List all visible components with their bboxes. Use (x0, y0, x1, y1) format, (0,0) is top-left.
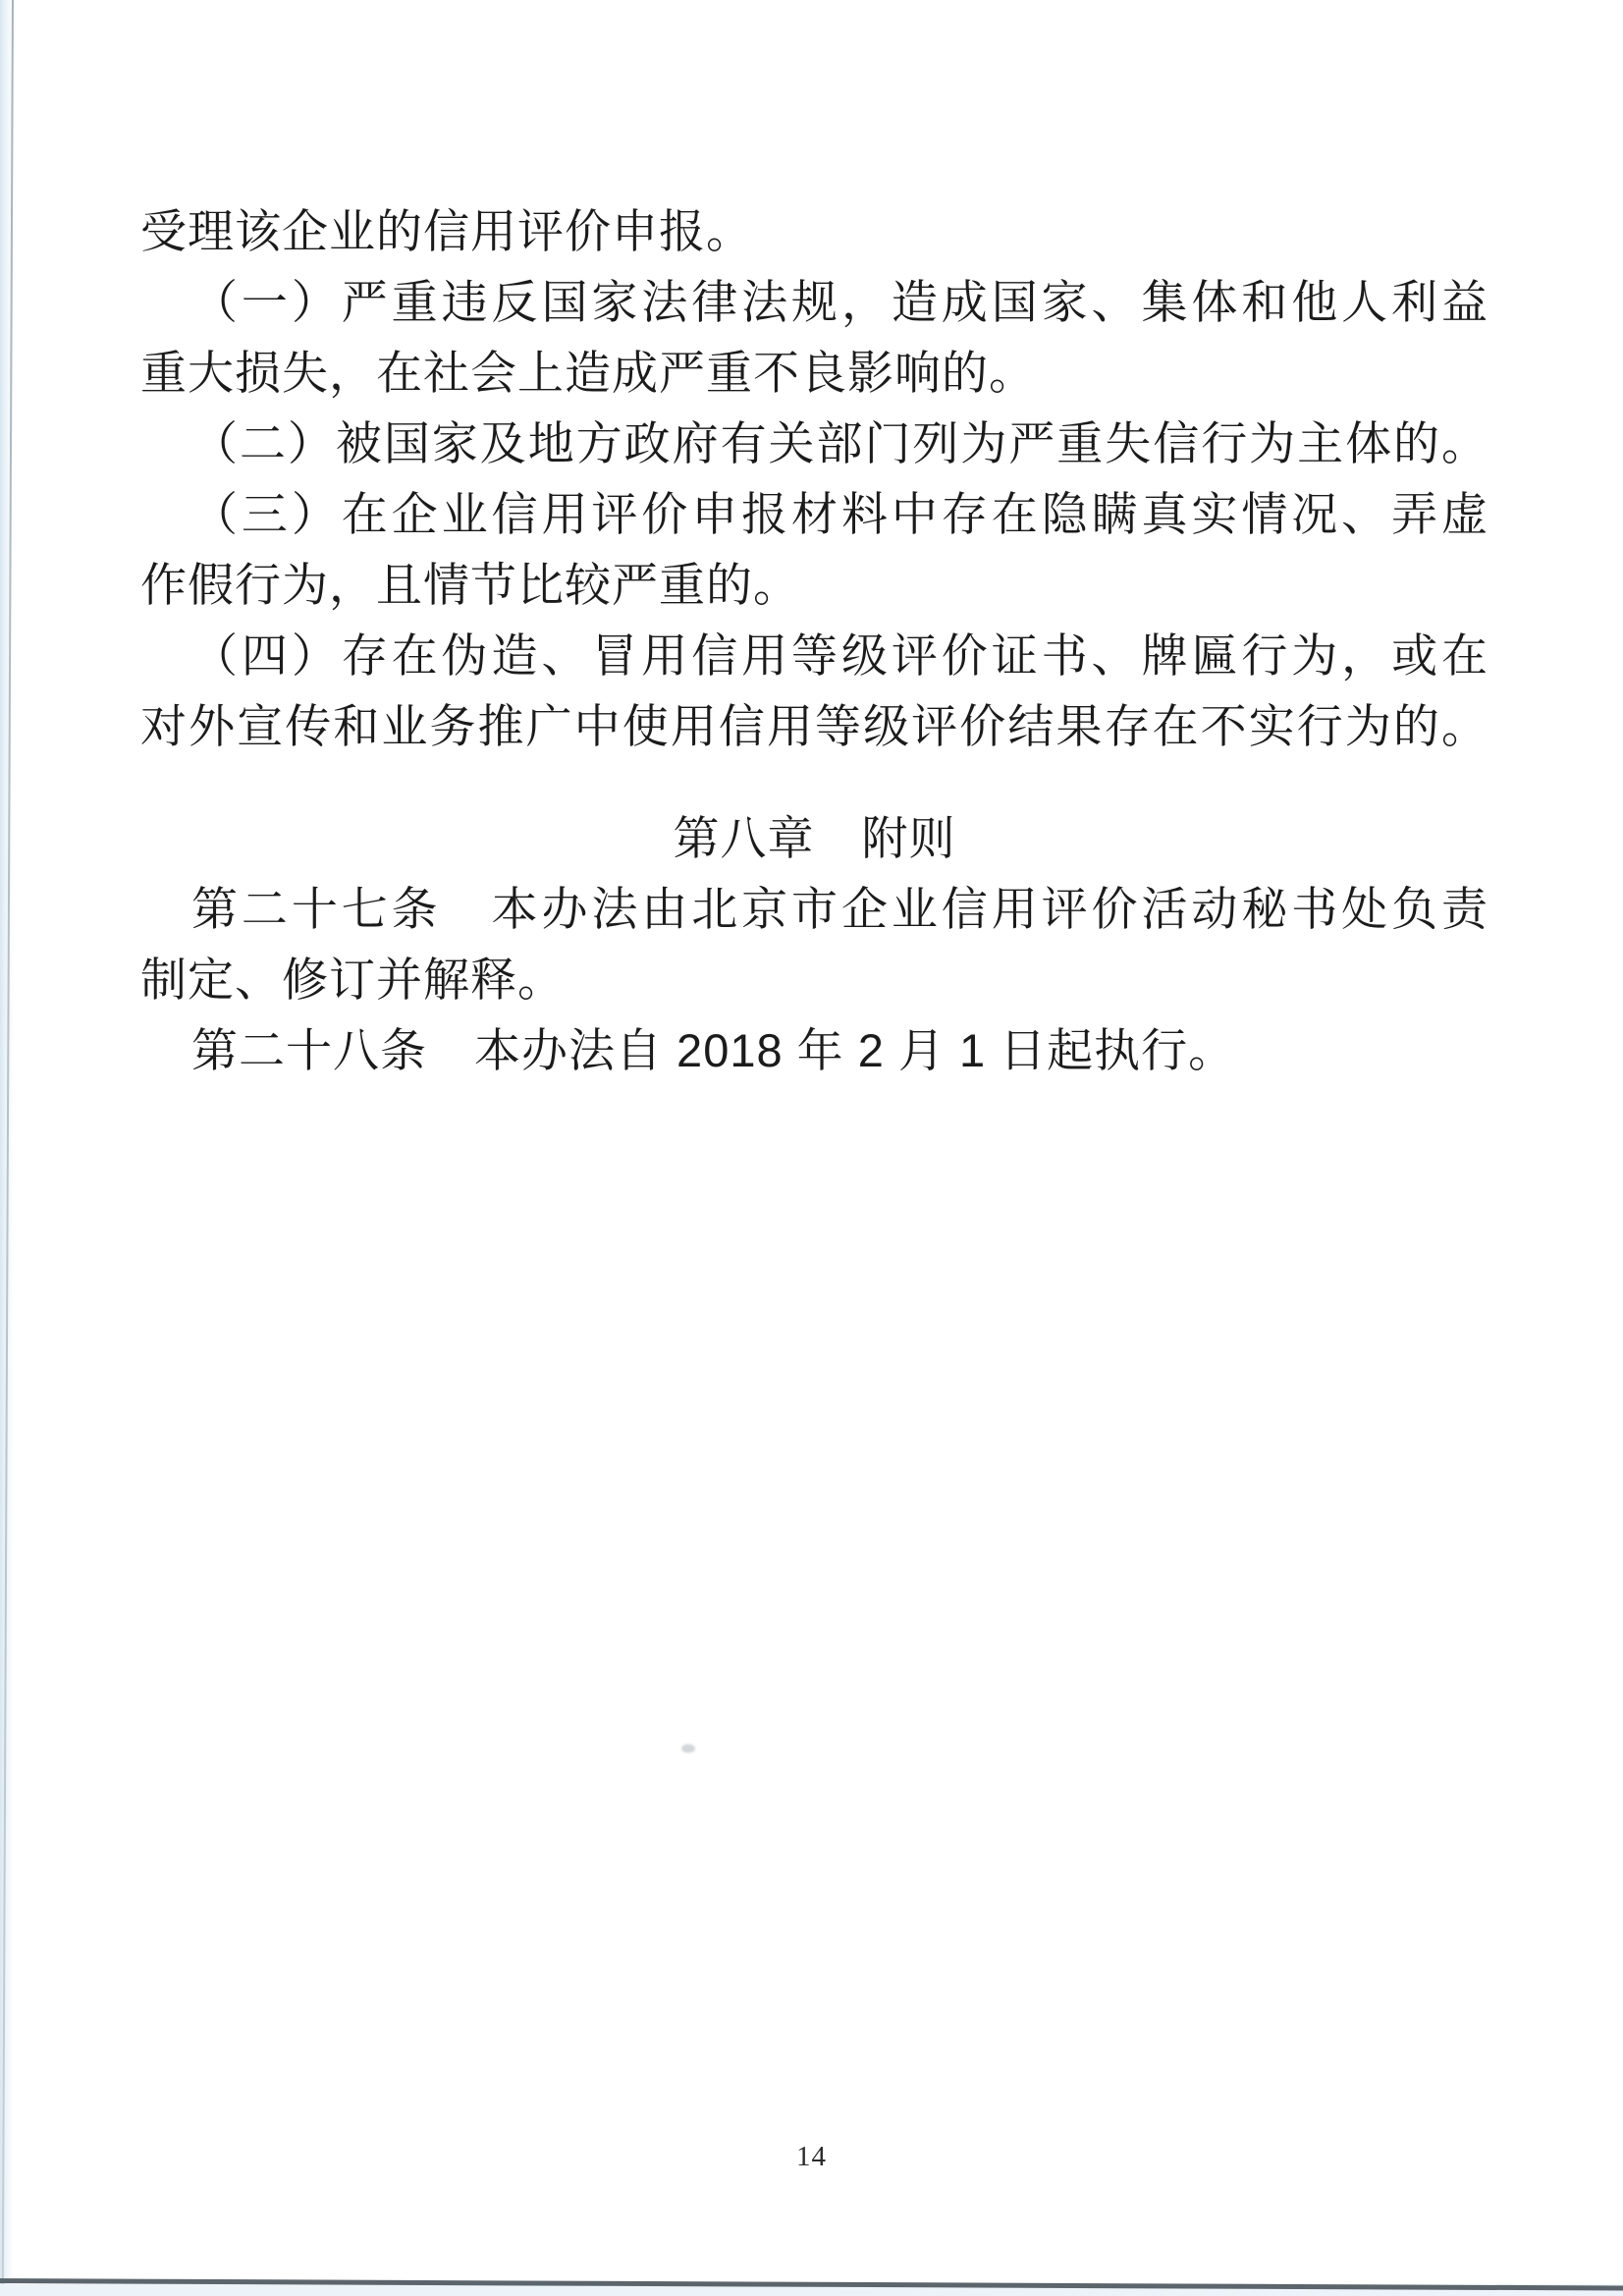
document-body: 受理该企业的信用评价申报。 （一）严重违反国家法律法规，造成国家、集体和他人利益… (140, 196, 1488, 1086)
text-line: 对外宣传和业务推广中使用信用等级评价结果存在不实行为的。 (140, 691, 1488, 762)
text-line: （二）被国家及地方政府有关部门列为严重失信行为主体的。 (140, 409, 1488, 479)
text-line: 作假行为，且情节比较严重的。 (140, 550, 1488, 621)
text-line: （一）严重违反国家法律法规，造成国家、集体和他人利益 (140, 267, 1488, 338)
text-line: 第二十八条 本办法自 2018 年 2 月 1 日起执行。 (140, 1015, 1488, 1086)
document-page: 受理该企业的信用评价申报。 （一）严重违反国家法律法规，造成国家、集体和他人利益… (0, 0, 1623, 2296)
scan-speck (681, 1744, 695, 1753)
text-line: 重大损失，在社会上造成严重不良影响的。 (140, 338, 1488, 409)
text-line: 第二十七条 本办法由北京市企业信用评价活动秘书处负责 (140, 874, 1488, 945)
text-line: 制定、修订并解释。 (140, 945, 1488, 1015)
page-number: 14 (0, 2141, 1623, 2173)
chapter-heading: 第八章 附则 (140, 803, 1488, 874)
text-line: （四）存在伪造、冒用信用等级评价证书、牌匾行为，或在 (140, 621, 1488, 691)
text-line: 受理该企业的信用评价申报。 (140, 196, 1488, 267)
text-line: （三）在企业信用评价申报材料中存在隐瞒真实情况、弄虚 (140, 479, 1488, 550)
